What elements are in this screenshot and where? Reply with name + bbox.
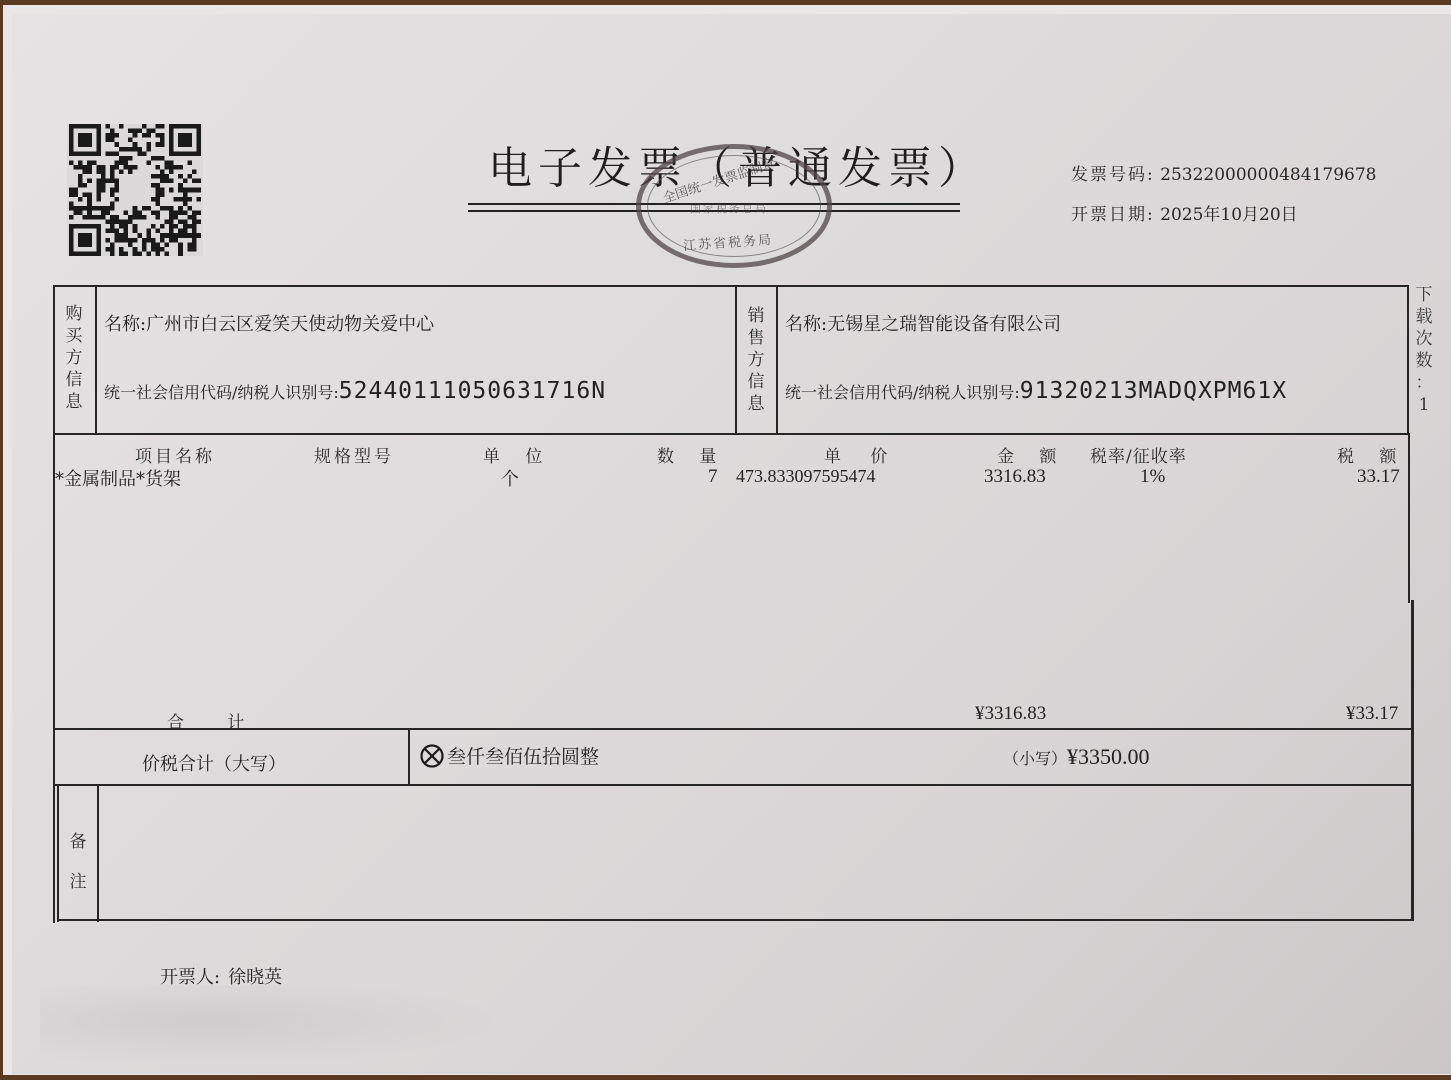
total-lower-label: （小写）: [1003, 749, 1067, 768]
seller-tax-id: 统一社会信用代码/纳税人识别号:91320213MADQXPM61X: [785, 378, 1287, 404]
circle-x-icon: [420, 744, 444, 768]
col-header-unit-price: 单 价: [824, 442, 899, 467]
col-header-spec: 规格型号: [314, 442, 394, 467]
buyer-section-label: 购买方信息: [63, 303, 85, 413]
item-unit: 个: [501, 465, 519, 491]
invoice-number-label: 发票号码:: [1071, 165, 1155, 185]
remarks-label: 备注: [67, 822, 89, 902]
col-header-item-name: 项目名称: [135, 442, 215, 467]
qr-code: [67, 124, 203, 256]
invoice-number-value: 25322000000484179678: [1160, 165, 1376, 185]
party-info-section: [53, 285, 1409, 435]
total-lower: （小写）¥3350.00: [1003, 744, 1150, 770]
item-unit-price: 473.833097595474: [736, 466, 876, 487]
buyer-tax-id: 统一社会信用代码/纳税人识别号:52440111050631716N: [104, 378, 606, 404]
col-header-tax-rate: 税率/征收率: [1090, 442, 1187, 467]
col-header-quantity: 数 量: [657, 442, 726, 467]
issue-date-value: 2025年10月20日: [1160, 205, 1298, 225]
download-count-label: 下载次数：1: [1413, 284, 1435, 416]
seal-text-middle: 国家税务总局: [690, 200, 768, 216]
col-header-tax: 税 额: [1337, 442, 1406, 467]
seller-section-label: 销售方信息: [745, 305, 767, 415]
paper-crease-shadow: [40, 985, 560, 1075]
total-upper-amount: 叁仟叁佰伍拾圆整: [420, 742, 599, 769]
item-name: *金属制品*货架: [55, 465, 181, 491]
col-header-unit: 单 位: [483, 442, 552, 467]
col-header-amount: 金 额: [997, 442, 1066, 467]
item-tax: 33.17: [1357, 466, 1400, 488]
total-lower-amount: ¥3350.00: [1067, 744, 1150, 769]
seller-name: 名称:无锡星之瑞智能设备有限公司: [785, 310, 1061, 336]
subtotal-label: 合 计: [167, 708, 244, 733]
item-amount: 3316.83: [984, 466, 1046, 488]
issue-date-label: 开票日期:: [1071, 205, 1155, 225]
buyer-name: 名称:广州市白云区爱笑天使动物关爱中心: [104, 310, 434, 336]
total-upper-label: 价税合计（大写）: [142, 750, 286, 776]
item-tax-rate: 1%: [1140, 466, 1165, 488]
invoice-number: 发票号码: 25322000000484179678: [1071, 160, 1376, 185]
subtotal-amount: ¥3316.83: [975, 703, 1046, 725]
item-quantity: 7: [708, 466, 718, 488]
download-count: 下载次数：1: [1413, 284, 1435, 416]
subtotal-tax: ¥33.17: [1346, 703, 1398, 725]
issue-date: 开票日期: 2025年10月20日: [1071, 200, 1298, 225]
